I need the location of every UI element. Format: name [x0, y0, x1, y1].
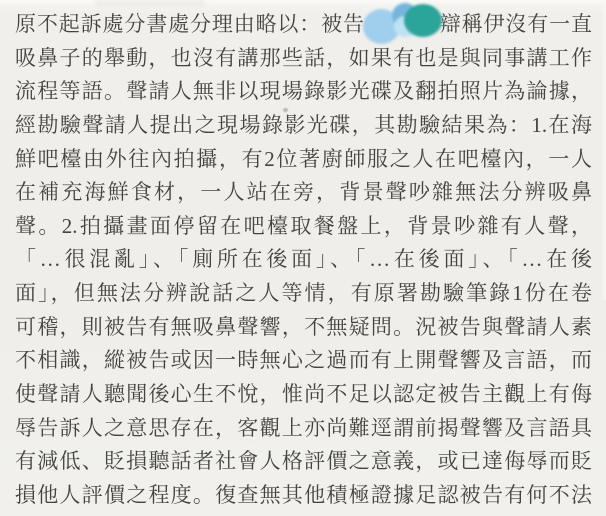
text-line-7: 聲。2.拍攝畫面停留在吧檯取餐盤上，背景吵雜有人聲，: [15, 210, 592, 244]
redaction-mark: [365, 8, 439, 36]
text-line-12: 使聲請人聽聞後心生不悅，惟尚不足以認定被告主觀上有侮: [15, 378, 592, 412]
text-line-4: 經勘驗聲請人提出之現場錄影光碟，其勘驗結果為：1.在海: [15, 109, 592, 143]
text-line-13: 辱告訴人之意思存在，客觀上亦尚難逕謂前揭聲響及言語具: [15, 412, 592, 446]
text-line-15: 損他人評價之程度。復查無其他積極證據足認被告有何不法: [15, 479, 592, 513]
scanned-document-page: 原不起訴處分書處分理由略以：被告辯稱伊沒有一直 吸鼻子的舉動，也沒有講那些話，如…: [0, 0, 606, 516]
redaction-blob-teal: [404, 4, 442, 37]
text-line-8: 「…很混亂」、「廁所在後面」、「…在後面」、「…在後: [15, 243, 592, 277]
paper-edge-top: [0, 0, 606, 6]
text-before-redaction: 原不起訴處分書處分理由略以：被告: [15, 12, 365, 36]
text-line-9: 面」，但無法分辨說話之人等情，有原署勘驗筆錄1份在卷: [15, 277, 592, 311]
text-line-6: 在補充海鮮食材，一人站在旁，背景聲吵雜無法分辨吸鼻: [15, 176, 592, 210]
text-line-5: 鮮吧檯由外往內拍攝，有2位著廚師服之人在吧檯內，一人: [15, 143, 592, 177]
text-line-1: 原不起訴處分書處分理由略以：被告辯稱伊沒有一直: [15, 8, 592, 42]
document-text-block: 原不起訴處分書處分理由略以：被告辯稱伊沒有一直 吸鼻子的舉動，也沒有講那些話，如…: [15, 8, 592, 513]
paper-edge-right: [601, 0, 606, 300]
text-line-10: 可稽，則被告有無吸鼻聲響，不無疑問。況被告與聲請人素: [15, 311, 592, 345]
text-line-14: 有減低、貶損聽話者社會人格評價之意義，或已達侮辱而貶: [15, 445, 592, 479]
scan-smudge: [95, 0, 205, 6]
text-line-11: 不相識，縱被告或因一時無心之過而有上開聲響及言語，而: [15, 344, 592, 378]
text-after-redaction: 辯稱伊沒有一直: [439, 12, 592, 36]
text-line-3: 流程等語。聲請人無非以現場錄影光碟及翻拍照片為論據，: [15, 75, 592, 109]
text-line-2: 吸鼻子的舉動，也沒有講那些話，如果有也是與同事講工作: [15, 42, 592, 76]
